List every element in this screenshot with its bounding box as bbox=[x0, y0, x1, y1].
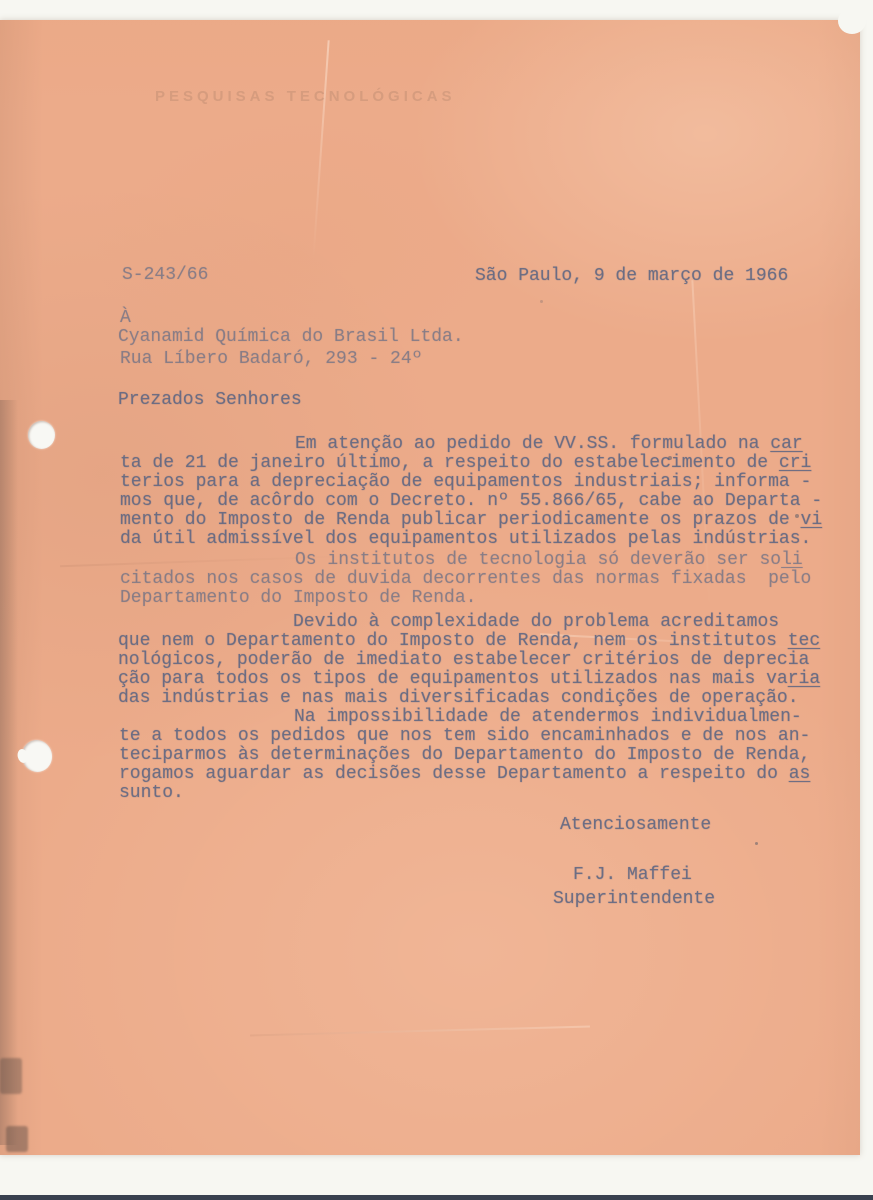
letter-line: teciparmos às determinações do Departame… bbox=[119, 746, 810, 765]
date-line: São Paulo, 9 de março de 1966 bbox=[475, 267, 788, 286]
ghost-letterhead-text: PESQUISAS TECNOLÓGICAS bbox=[155, 88, 456, 105]
punch-hole-top bbox=[28, 421, 55, 449]
letter-line: rogamos aguardar as decisões desse Depar… bbox=[119, 765, 810, 784]
scanner-edge-line bbox=[0, 1195, 873, 1200]
reference-number: S-243/66 bbox=[122, 266, 208, 285]
letter-line: da útil admissível dos equipamentos util… bbox=[120, 530, 822, 549]
letter-line: das indústrias e nas mais diversificadas… bbox=[118, 689, 820, 708]
letter-line: que nem o Departamento do Imposto de Ren… bbox=[118, 632, 820, 651]
letter-line: citados nos casos de duvida decorrentes … bbox=[120, 570, 811, 589]
left-edge-shadow bbox=[0, 400, 18, 1145]
recipient-address: Rua Líbero Badaró, 293 - 24º bbox=[120, 350, 422, 369]
letter-line: ção para todos os tipos de equipamentos … bbox=[118, 670, 820, 689]
recipient-company: Cyanamid Química do Brasil Ltda. bbox=[118, 328, 464, 347]
body-paragraph-4: Na impossibilidade de atendermos individ… bbox=[119, 708, 810, 803]
letter-line: Departamento do Imposto de Renda. bbox=[120, 589, 811, 608]
letter-line: sunto. bbox=[119, 784, 810, 803]
letter-line: Os institutos de tecnologia só deverão s… bbox=[120, 551, 811, 570]
letter-line: nológicos, poderão de imediato estabelec… bbox=[118, 651, 820, 670]
letter-line: Na impossibilidade de atendermos individ… bbox=[119, 708, 810, 727]
body-paragraph-1: Em atenção ao pedido de VV.SS. formulado… bbox=[120, 435, 822, 549]
body-paragraph-3: Devido à complexidade do problema acredi… bbox=[118, 613, 820, 708]
scanned-letter: PESQUISAS TECNOLÓGICAS S-243/66 São Paul… bbox=[0, 0, 873, 1200]
body-paragraph-2: Os institutos de tecnologia só deverão s… bbox=[120, 551, 811, 608]
top-edge-notch bbox=[838, 8, 866, 34]
paper-speck bbox=[755, 842, 758, 845]
paper-speck bbox=[540, 300, 543, 303]
letter-line: Devido à complexidade do problema acredi… bbox=[118, 613, 820, 632]
letter-line: terios para a depreciação de equipamento… bbox=[120, 473, 822, 492]
letter-line: Em atenção ao pedido de VV.SS. formulado… bbox=[120, 435, 822, 454]
recipient-prefix: À bbox=[120, 309, 131, 328]
signature-name: F.J. Maffei bbox=[573, 866, 692, 885]
greeting: Prezados Senhores bbox=[118, 391, 302, 410]
letter-line: ta de 21 de janeiro último, a respeito d… bbox=[120, 454, 822, 473]
letter-line: te a todos os pedidos que nos tem sido e… bbox=[119, 727, 810, 746]
closing-salutation: Atenciosamente bbox=[560, 816, 711, 835]
left-edge-blotch bbox=[6, 1126, 28, 1152]
signature-title: Superintendente bbox=[553, 890, 715, 909]
left-edge-blotch bbox=[0, 1058, 22, 1094]
letter-line: mento do Imposto de Renda publicar perio… bbox=[120, 511, 822, 530]
letter-line: mos que, de acôrdo com o Decreto. nº 55.… bbox=[120, 492, 822, 511]
